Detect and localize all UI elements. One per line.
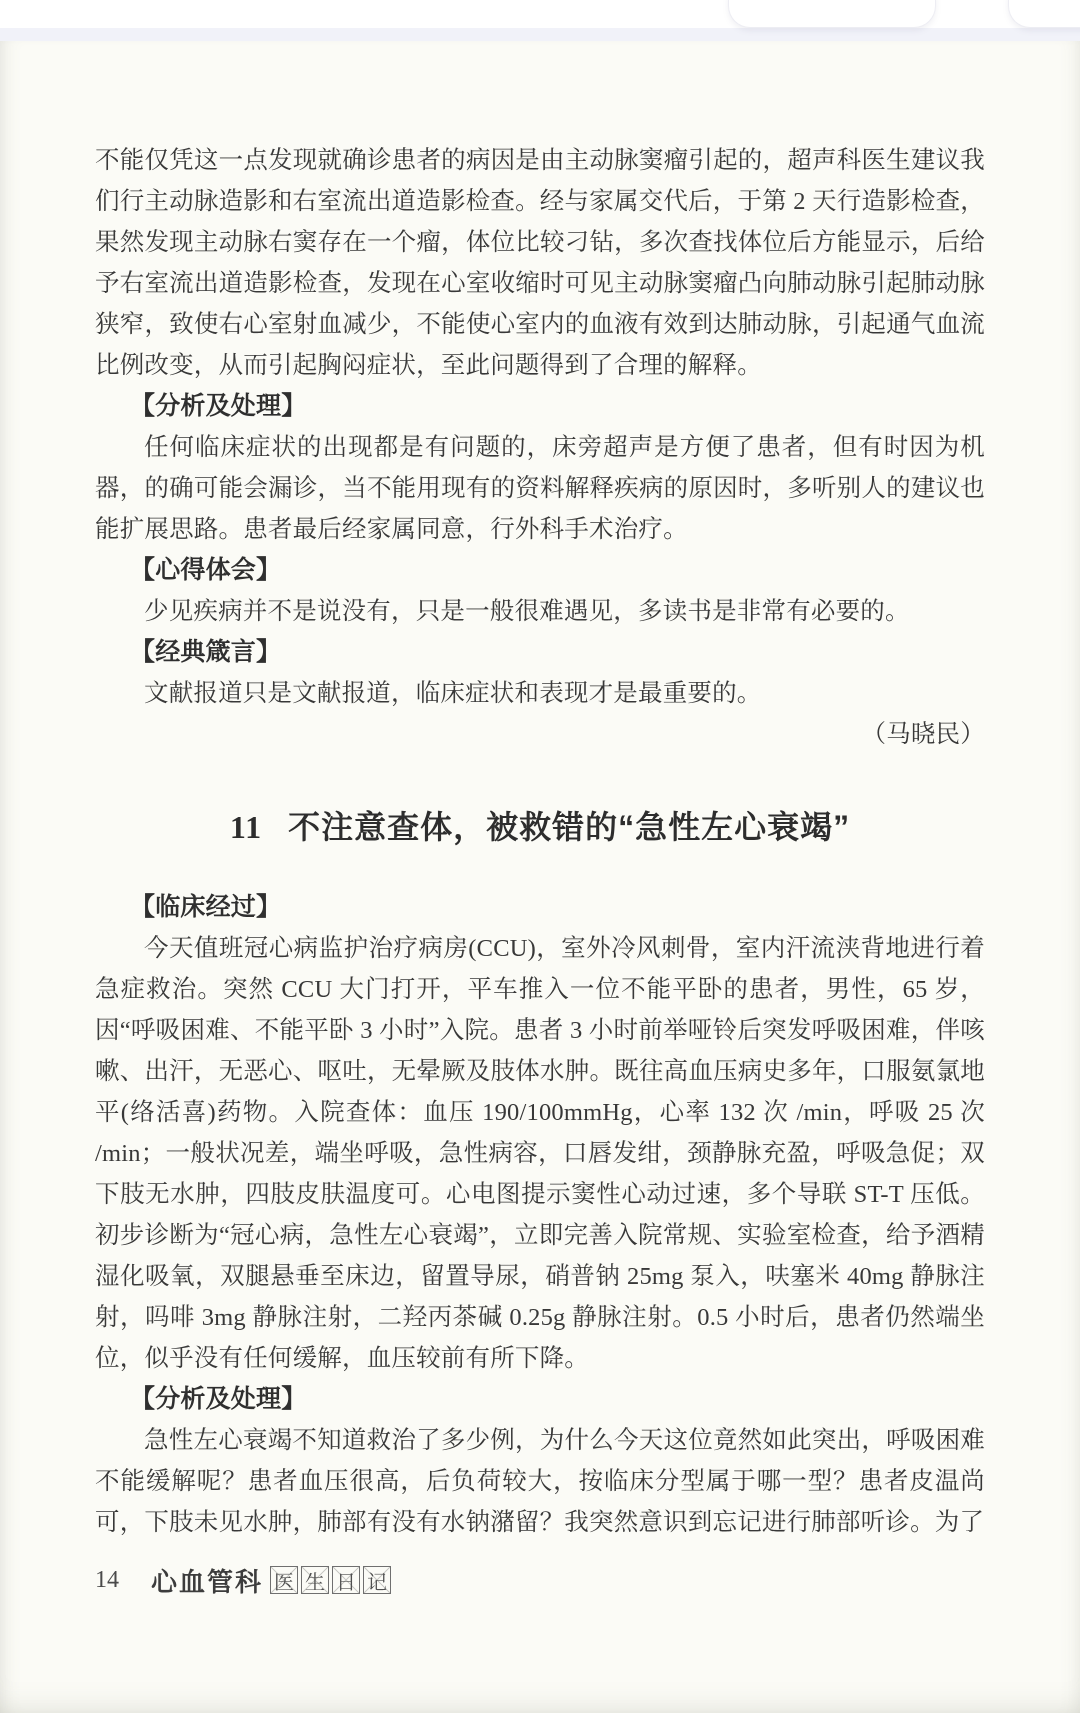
section-heading-clinical-course: 【临床经过】: [95, 887, 985, 928]
author-attribution: （马晓民）: [95, 714, 985, 755]
diary-logo-char: 记: [363, 1566, 391, 1594]
book-page: 不能仅凭这一点发现就确诊患者的病因是由主动脉窦瘤引起的，超声科医生建议我们行主动…: [0, 41, 1080, 1713]
section-heading-analysis: 【分析及处理】: [95, 386, 985, 427]
section-heading-analysis-2: 【分析及处理】: [95, 1379, 985, 1420]
diary-logo-char: 日: [332, 1566, 360, 1594]
paragraph-analysis: 任何临床症状的出现都是有问题的，床旁超声是方便了患者，但有时因为机器，的确可能会…: [95, 427, 985, 550]
chapter-title: 11不注意查体，被救错的“急性左心衰竭”: [95, 803, 985, 851]
screenshot-root: 不能仅凭这一点发现就确诊患者的病因是由主动脉窦瘤引起的，超声科医生建议我们行主动…: [0, 0, 1080, 1713]
section-heading-insights: 【心得体会】: [95, 550, 985, 591]
page-footer: 14 心血管科 医 生 日 记: [95, 1563, 391, 1597]
chapter-title-text: 不注意查体，被救错的“急性左心衰竭”: [288, 809, 850, 845]
floating-card-stub-right: [1008, 0, 1080, 28]
series-title: 心血管科: [151, 1562, 263, 1599]
section-heading-aphorism: 【经典箴言】: [95, 632, 985, 673]
chapter-number: 11: [230, 809, 262, 845]
paragraph-insights: 少见疾病并不是说没有，只是一般很难遇见，多读书是非常有必要的。: [95, 591, 985, 632]
paragraph-clinical-course: 今天值班冠心病监护治疗病房(CCU)，室外冷风刺骨，室内汗流浃背地进行着急症救治…: [95, 928, 985, 1379]
diary-logo-char: 生: [301, 1566, 329, 1594]
diary-logo: 医 生 日 记: [267, 1566, 391, 1594]
paragraph-aphorism: 文献报道只是文献报道，临床症状和表现才是最重要的。: [95, 673, 985, 714]
top-bar: [0, 0, 1080, 28]
paragraph-continuation: 不能仅凭这一点发现就确诊患者的病因是由主动脉窦瘤引起的，超声科医生建议我们行主动…: [95, 140, 985, 386]
paragraph-analysis-2: 急性左心衰竭不知道救治了多少例，为什么今天这位竟然如此突出，呼吸困难不能缓解呢？…: [95, 1420, 985, 1543]
diary-logo-char: 医: [270, 1566, 298, 1594]
floating-card-stub: [728, 0, 936, 28]
page-number: 14: [95, 1567, 119, 1594]
page-text-column: 不能仅凭这一点发现就确诊患者的病因是由主动脉窦瘤引起的，超声科医生建议我们行主动…: [95, 140, 985, 1543]
top-divider-band: [0, 28, 1080, 41]
